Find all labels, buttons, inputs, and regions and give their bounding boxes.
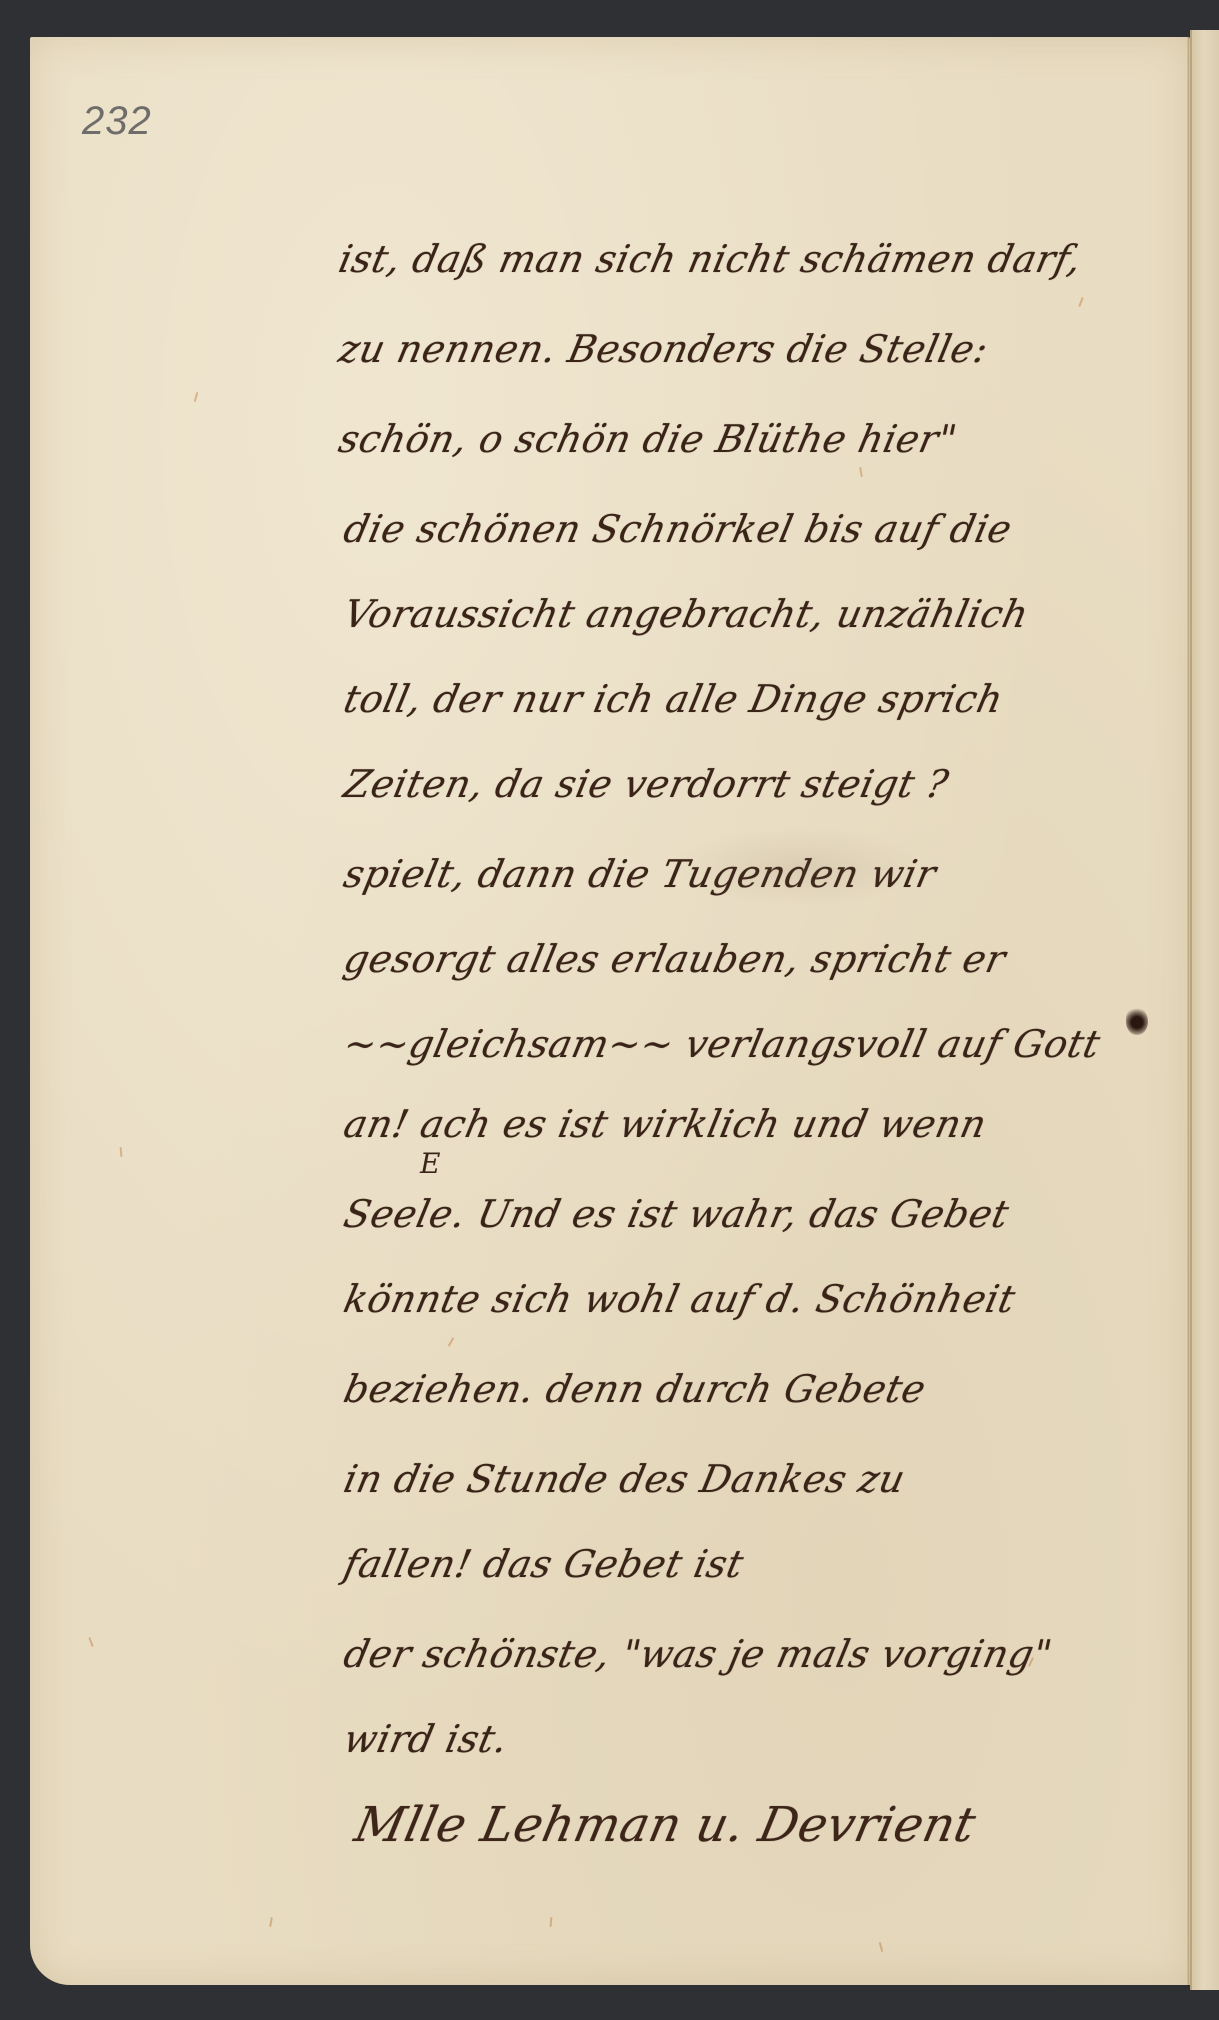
interlinear-insertion: E — [420, 1147, 440, 1180]
manuscript-line: gesorgt alles erlauben, spricht er — [340, 937, 1010, 981]
manuscript-line: Zeiten, da sie verdorrt steigt ? — [340, 762, 953, 806]
manuscript-line: könnte sich wohl auf d. Schönheit — [340, 1277, 1019, 1321]
manuscript-line: beziehen. denn durch Gebete — [340, 1367, 930, 1411]
manuscript-page: 232 ist, daß man sich nicht schämen darf… — [30, 37, 1190, 1985]
manuscript-line: ~~gleichsam~~ verlangsvoll auf Gott — [340, 1022, 1104, 1066]
manuscript-line: der schönste, "was je mals vorging" — [340, 1632, 1056, 1676]
ink-smudge — [670, 827, 930, 907]
manuscript-line: zu nennen. Besonders die Stelle: — [335, 327, 992, 371]
facing-page-edge — [1190, 30, 1219, 1990]
manuscript-line: an! ach es ist wirklich und wenn — [340, 1102, 991, 1146]
ink-blot — [1126, 1007, 1148, 1035]
manuscript-line: Voraussicht angebracht, unzählich — [340, 592, 1033, 636]
manuscript-scan: 232 ist, daß man sich nicht schämen darf… — [0, 0, 1219, 2020]
manuscript-line: schön, o schön die Blüthe hier" — [335, 417, 961, 461]
manuscript-line: ist, daß man sich nicht schämen darf, — [335, 237, 1086, 281]
manuscript-line: wird ist. — [340, 1717, 512, 1761]
manuscript-line: Seele. Und es ist wahr, das Gebet — [340, 1192, 1013, 1236]
manuscript-line: in die Stunde des Dankes zu — [340, 1457, 909, 1501]
manuscript-line: fallen! das Gebet ist — [340, 1542, 748, 1586]
signature-line: Mlle Lehman u. Devrient — [350, 1797, 981, 1853]
manuscript-line: die schönen Schnörkel bis auf die — [340, 507, 1016, 551]
manuscript-text: ist, daß man sich nicht schämen darf, zu… — [30, 37, 1190, 1985]
manuscript-line: toll, der nur ich alle Dinge sprich — [340, 677, 1007, 721]
